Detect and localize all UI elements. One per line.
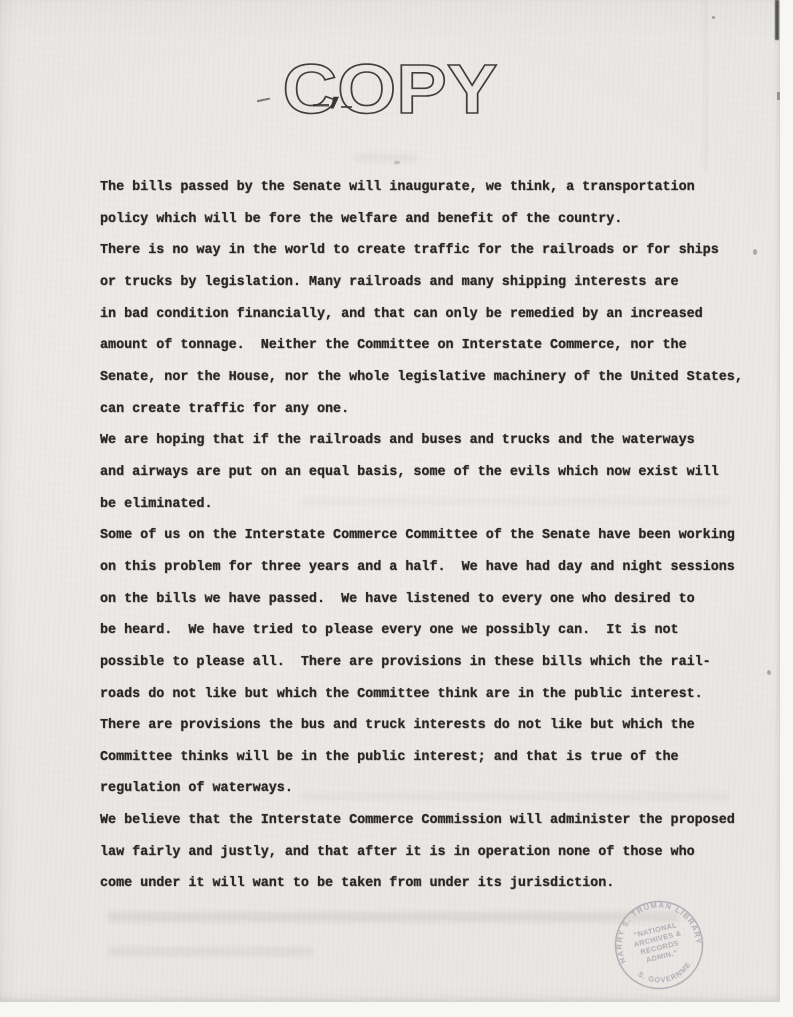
typed-underscore-artifact [313, 104, 329, 107]
typed-line: possible to please all. There are provis… [100, 647, 764, 679]
typed-line: on the bills we have passed. We have lis… [100, 584, 764, 616]
typed-line: Senate, nor the House, nor the whole leg… [100, 362, 764, 394]
paper-crease [700, 0, 716, 170]
typed-line: in bad condition financially, and that c… [100, 299, 764, 331]
typed-line: and airways are put on an equal basis, s… [100, 457, 764, 489]
typed-line: regulation of waterways. [100, 773, 764, 805]
scan-edge-artifact [775, 0, 779, 40]
typed-line: Committee thinks will be in the public i… [100, 742, 764, 774]
typed-line: on this problem for three years and a ha… [100, 552, 764, 584]
typed-line: We believe that the Interstate Commerce … [100, 805, 764, 837]
typed-line: There are provisions the bus and truck i… [100, 710, 764, 742]
typed-line: law fairly and justly, and that after it… [100, 837, 764, 869]
copy-stamp-label: COPY [283, 52, 498, 128]
typed-line: or trucks by legislation. Many railroads… [100, 267, 764, 299]
typed-line: can create traffic for any one. [100, 394, 764, 426]
scan-edge-tick [777, 92, 780, 100]
typed-text-block: The bills passed by the Senate will inau… [100, 172, 764, 900]
typed-line: Some of us on the Interstate Commerce Co… [100, 520, 764, 552]
typed-line: policy which will be fore the welfare an… [100, 204, 764, 236]
typed-line: be eliminated. [100, 489, 764, 521]
typed-underscore-artifact [341, 106, 352, 108]
typed-line: The bills passed by the Senate will inau… [100, 172, 764, 204]
pencil-tick-artifact [257, 98, 270, 103]
scanned-document-page: { "page": { "copy_stamp_label": "COPY", … [0, 0, 793, 1017]
copy-stamp: COPY , [250, 52, 530, 130]
typed-line: We are hoping that if the railroads and … [100, 425, 764, 457]
typed-line: There is no way in the world to create t… [100, 235, 764, 267]
typed-line: be heard. We have tried to please every … [100, 615, 764, 647]
typed-line: roads do not like but which the Committe… [100, 679, 764, 711]
typed-line: amount of tonnage. Neither the Committee… [100, 330, 764, 362]
